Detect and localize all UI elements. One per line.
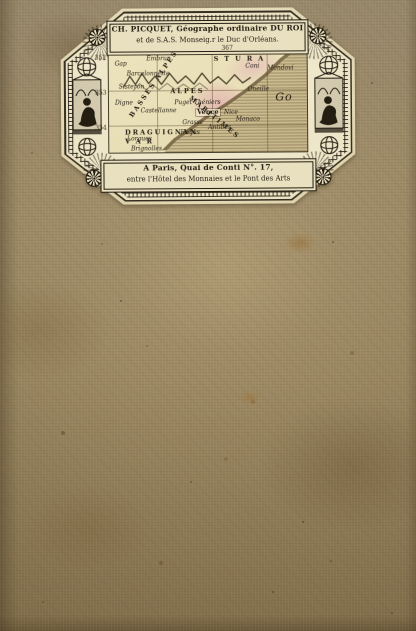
gothic-niche-with-muse-icon — [312, 54, 347, 156]
map-place-label: Stura — [214, 56, 270, 63]
map-place-label: Grasse — [182, 120, 203, 126]
map-place-label: Alpes — [170, 88, 204, 95]
map-place-label: Go — [275, 91, 292, 102]
rosette-icon — [314, 168, 331, 185]
map-place-label: Gap — [115, 61, 127, 67]
map-place-label: Draguignan — [125, 129, 198, 136]
map-place-label: 352 — [95, 56, 106, 62]
map-place-label: Var — [125, 139, 158, 146]
right-ornament-column — [312, 54, 347, 156]
rosette-icon — [309, 27, 326, 44]
map-place-label: 353 — [95, 91, 106, 97]
map-place-label: Oneille — [247, 87, 269, 93]
gothic-niche-with-muse-icon — [70, 56, 105, 158]
map-place-label: Monaco — [236, 117, 260, 123]
map-place-label: 354 — [95, 126, 106, 132]
map-place-label: Mondovi — [267, 65, 293, 71]
map-of-provence-alpes-maritimes: 352353354367GapEmbrunBarcelonnetteSister… — [108, 53, 309, 153]
rosette-icon — [88, 29, 105, 46]
map-place-label: Sisteron — [119, 85, 144, 91]
foxing-specks — [0, 0, 2, 2]
address-banner: A Paris, Quai de Conti N°. 17, entre l'H… — [100, 158, 316, 193]
cloth-book-cover: CH. PICQUET, Géographe ordinaire DU ROI … — [0, 0, 416, 631]
map-place-label: 367 — [221, 46, 232, 52]
left-ornament-column — [70, 56, 105, 158]
publisher-address-2: entre l'Hôtel des Monnaies et le Pont de… — [101, 173, 315, 185]
publisher-title: et de S.A.S. Monseig.r le Duc d'Orléans. — [108, 34, 308, 46]
map-place-label: Brignolles — [131, 146, 162, 152]
engraved-bookplate: CH. PICQUET, Géographe ordinaire DU ROI … — [60, 7, 355, 205]
map-labels: 352353354367GapEmbrunBarcelonnetteSister… — [109, 54, 308, 152]
map-place-label: Coni — [245, 63, 259, 69]
map-place-label: Castellanne — [141, 109, 177, 115]
map-place-label: Digne — [115, 100, 133, 106]
publisher-banner: CH. PICQUET, Géographe ordinaire DU ROI … — [106, 19, 308, 55]
